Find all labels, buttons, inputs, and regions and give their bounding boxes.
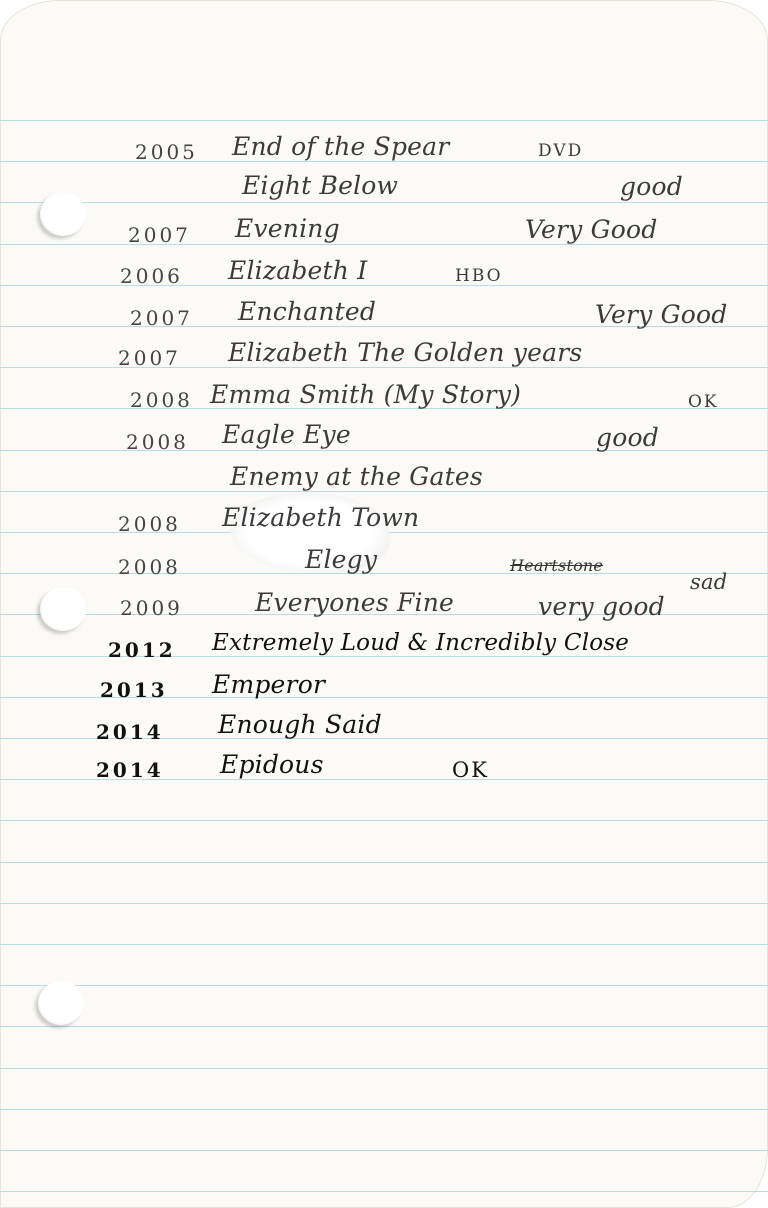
entry-year: 2007	[118, 346, 181, 370]
entry-year: 2008	[126, 430, 189, 454]
rule-line	[0, 573, 768, 574]
entry-title: Enemy at the Gates	[230, 462, 483, 491]
entry-title: Elegy	[305, 545, 377, 574]
entry-year: 2012	[108, 638, 176, 662]
entry-rating: very good	[538, 592, 665, 621]
entry-title: Everyones Fine	[255, 588, 454, 617]
rule-line	[0, 1026, 768, 1027]
entry-year: 2013	[100, 678, 168, 702]
rule-line	[0, 1191, 768, 1192]
entry-note: sad	[690, 570, 727, 594]
entry-rating: good	[620, 172, 683, 201]
entry-note: DVD	[538, 141, 583, 161]
entry-title: Elizabeth The Golden years	[228, 338, 582, 367]
entry-title: Enchanted	[238, 297, 376, 326]
entry-year: 2005	[135, 140, 198, 164]
rule-line	[0, 491, 768, 492]
entry-year: 2006	[120, 264, 183, 288]
rule-line	[0, 1109, 768, 1110]
entry-title: Emperor	[212, 670, 325, 699]
entry-rating: good	[596, 423, 659, 452]
rule-line	[0, 1068, 768, 1069]
entry-title: Elizabeth I	[228, 256, 367, 285]
entry-rating: OK	[452, 758, 489, 782]
punch-hole-top	[40, 192, 86, 236]
entry-title: Enough Said	[218, 710, 382, 739]
entry-year: 2008	[118, 555, 181, 579]
entry-title: Eagle Eye	[222, 420, 351, 449]
rule-line	[0, 202, 768, 203]
entry-rating: Very Good	[595, 300, 727, 329]
entry-title: Epidous	[220, 750, 324, 779]
rule-line	[0, 862, 768, 863]
entry-rating: Very Good	[525, 215, 657, 244]
rule-line	[0, 285, 768, 286]
rule-line	[0, 944, 768, 945]
rule-line	[0, 1150, 768, 1151]
rule-line	[0, 120, 768, 121]
entry-note: HBO	[455, 266, 503, 286]
entry-title: End of the Spear	[232, 132, 449, 161]
entry-title: Eight Below	[242, 171, 398, 200]
punch-hole-middle	[40, 587, 86, 631]
rule-line	[0, 161, 768, 162]
rule-line	[0, 367, 768, 368]
entry-year: 2007	[128, 223, 191, 247]
entry-title: Emma Smith (My Story)	[210, 380, 521, 409]
rule-line	[0, 244, 768, 245]
entry-title: Elizabeth Town	[222, 503, 419, 532]
entry-year: 2014	[96, 758, 164, 782]
entry-year: 2014	[96, 720, 164, 744]
rule-line	[0, 903, 768, 904]
entry-year: 2007	[130, 306, 193, 330]
entry-rating: OK	[688, 392, 719, 412]
rule-line	[0, 985, 768, 986]
entry-year: 2008	[130, 388, 193, 412]
entry-title: Evening	[235, 214, 340, 243]
punch-hole-bottom	[38, 981, 84, 1025]
entry-year: 2009	[120, 596, 183, 620]
crossed-out-note: Heartstone	[510, 556, 603, 575]
entry-year: 2008	[118, 512, 181, 536]
notebook-page: 2005 End of the Spear DVD Eight Below go…	[0, 0, 768, 1208]
rule-line	[0, 820, 768, 821]
entry-title: Extremely Loud & Incredibly Close	[212, 630, 629, 656]
